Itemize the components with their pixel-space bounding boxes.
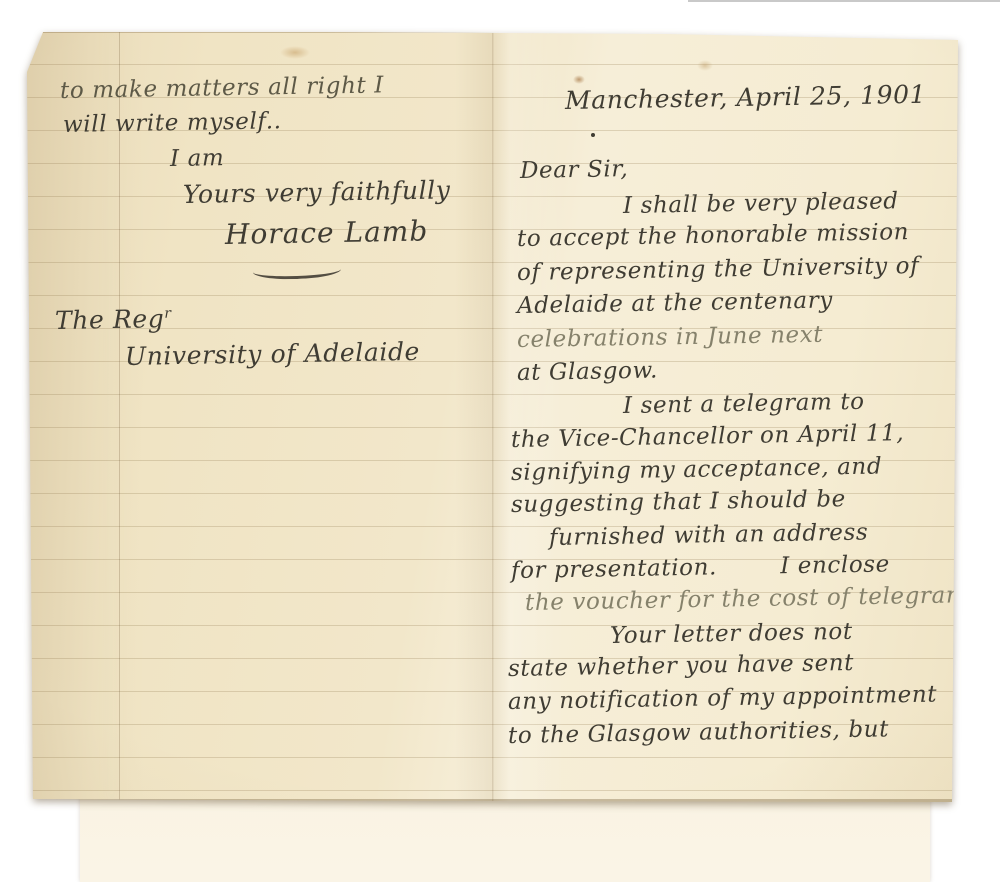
paper-surface: to make matters all right I will write m…: [25, 30, 960, 805]
body-line: Adelaide at the centenary: [517, 287, 833, 319]
body-line: at Glasgow.: [517, 358, 658, 386]
center-fold-crease: [492, 32, 494, 801]
addressee-line: The Regr: [55, 304, 172, 335]
body-line: furnished with an address: [549, 519, 869, 551]
stain: [697, 60, 713, 71]
body-line: Your letter does not: [610, 619, 853, 649]
scanned-letter: to make matters all right I will write m…: [0, 0, 1000, 882]
paper-top-edge: [43, 31, 958, 33]
signature: Horace Lamb: [225, 214, 429, 251]
body-line: I sent a telegram to: [623, 389, 865, 419]
addressee-line: University of Adelaide: [125, 337, 420, 371]
inner-flap-edge: [119, 30, 120, 801]
stain: [573, 75, 585, 84]
closing-line: I am: [170, 145, 225, 172]
scanner-edge-artifact: [688, 0, 1000, 2]
letter-sheet: to make matters all right I will write m…: [25, 30, 960, 805]
addressee-abbrev: The Reg: [55, 304, 165, 335]
salutation: Dear Sir,: [520, 156, 629, 184]
closing-line: Yours very faithfully: [183, 175, 451, 209]
body-line: celebrations in June next: [517, 322, 824, 353]
body-line: I shall be very pleased: [623, 188, 899, 219]
ink-dot: [591, 133, 595, 137]
stain: [280, 46, 310, 59]
addressee-superscript: r: [164, 306, 172, 322]
handwriting-line: will write myself..: [63, 108, 282, 138]
